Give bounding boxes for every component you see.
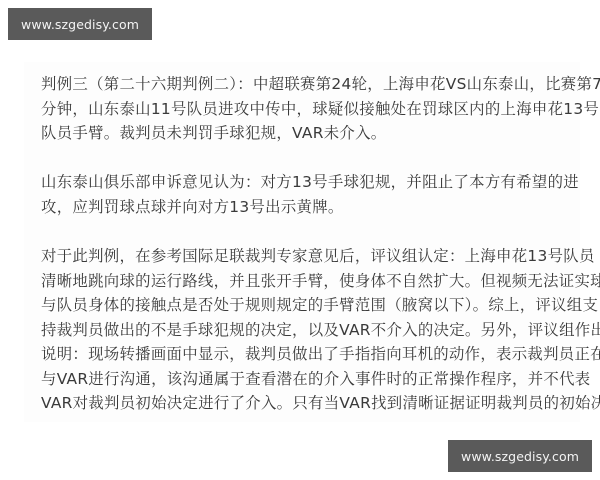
text-line: 说明：现场转播画面中显示，裁判员做出了手指指向耳机的动作，表示裁判员正在 bbox=[41, 342, 581, 367]
text-line: VAR对裁判员初始决定进行了介入。只有当VAR找到清晰证据证明裁判员的初始决 bbox=[41, 391, 581, 416]
watermark-text: www.szgedisy.com bbox=[21, 17, 139, 32]
text-line: 分钟，山东泰山11号队员进攻中传中，球疑似接触处在罚球区内的上海申花13号 bbox=[41, 97, 581, 122]
text-line: 清晰地跳向球的运行路线，并且张开手臂，使身体不自然扩大。但视频无法证实球 bbox=[41, 269, 581, 294]
text-line: 持裁判员做出的不是手球犯规的决定，以及VAR不介入的决定。另外，评议组作出 bbox=[41, 318, 581, 343]
text-line: 山东泰山俱乐部申诉意见认为：对方13号手球犯规，并阻止了本方有希望的进 bbox=[41, 170, 581, 195]
text-line: 与队员身体的接触点是否处于规则规定的手臂范围（腋窝以下）。综上，评议组支 bbox=[41, 293, 581, 318]
document-body: 判例三（第二十六期判例二）：中超联赛第24轮，上海申花VS山东泰山，比赛第7 分… bbox=[24, 62, 580, 422]
paragraph-case-description: 判例三（第二十六期判例二）：中超联赛第24轮，上海申花VS山东泰山，比赛第7 分… bbox=[41, 72, 581, 146]
paragraph-ruling: 对于此判例，在参考国际足联裁判专家意见后，评议组认定：上海申花13号队员 清晰地… bbox=[41, 244, 581, 416]
text-line: 与VAR进行沟通，该沟通属于查看潜在的介入事件时的正常操作程序，并不代表 bbox=[41, 367, 581, 392]
text-line: 判例三（第二十六期判例二）：中超联赛第24轮，上海申花VS山东泰山，比赛第7 bbox=[41, 72, 581, 97]
watermark-text: www.szgedisy.com bbox=[461, 449, 579, 464]
paragraph-club-appeal: 山东泰山俱乐部申诉意见认为：对方13号手球犯规，并阻止了本方有希望的进 攻，应判… bbox=[41, 170, 581, 219]
watermark-bottom-right: www.szgedisy.com bbox=[448, 440, 592, 472]
text-line: 攻，应判罚球点球并向对方13号出示黄牌。 bbox=[41, 195, 581, 220]
text-line: 队员手臂。裁判员未判罚手球犯规，VAR未介入。 bbox=[41, 121, 581, 146]
watermark-top-left: www.szgedisy.com bbox=[8, 8, 152, 40]
text-line: 对于此判例，在参考国际足联裁判专家意见后，评议组认定：上海申花13号队员 bbox=[41, 244, 581, 269]
